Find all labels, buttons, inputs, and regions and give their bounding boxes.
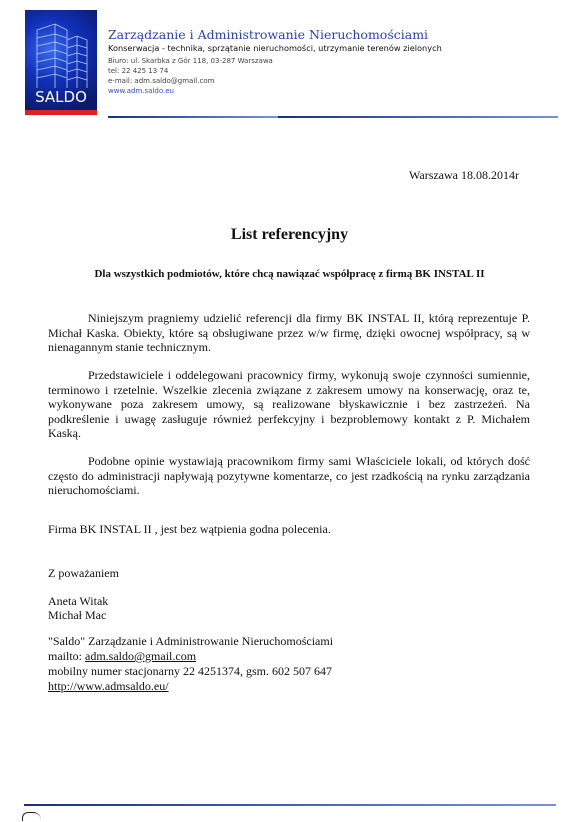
letter-date: Warszawa 18.08.2014r (409, 168, 519, 183)
letter-subtitle: Dla wszystkich podmiotów, które chcą naw… (0, 268, 579, 280)
signatory-2: Michał Mac (48, 608, 106, 623)
office-email: e-mail: adm.saldo@gmail.com (108, 77, 214, 85)
logo-text: SALDO (25, 88, 97, 106)
paragraph-1: Niniejszym pragniemy udzielić referencji… (48, 311, 530, 355)
header-divider-right (278, 116, 558, 118)
scan-mark (22, 812, 41, 821)
footer-company: "Saldo" Zarządzanie i Administrowanie Ni… (48, 634, 333, 649)
letter-title: List referencyjny (0, 226, 579, 244)
paragraph-3: Podobne opinie wystawiają pracownikom fi… (48, 454, 530, 498)
company-tagline: Konserwacja - technika, sprzątanie nieru… (108, 43, 442, 53)
office-website[interactable]: www.adm.saldo.eu (108, 87, 174, 95)
footer-divider (24, 804, 556, 806)
signatory-1: Aneta Witak (48, 594, 108, 609)
footer-phones: mobilny numer stacjonarny 22 4251374, gs… (48, 664, 332, 679)
header-divider-left (108, 116, 278, 118)
logo-red-bar (25, 110, 97, 115)
company-name: Zarządzanie i Administrowanie Nieruchomo… (108, 27, 428, 42)
footer-mailto: mailto: adm.saldo@gmail.com (48, 649, 196, 664)
office-address: Biuro: ul. Skarbka z Gór 118, 03-287 War… (108, 57, 273, 65)
website-link[interactable]: http://www.admsaldo.eu/ (48, 679, 169, 694)
office-phone: tel: 22 425 13 74 (108, 67, 168, 75)
recommendation: Firma BK INSTAL II , jest bez wątpienia … (48, 522, 331, 537)
email-link[interactable]: adm.saldo@gmail.com (85, 649, 196, 663)
mailto-label: mailto: (48, 649, 85, 663)
saldo-logo: SALDO (25, 10, 97, 110)
closing: Z poważaniem (48, 566, 119, 581)
paragraph-2: Przedstawiciele i oddelegowani pracownic… (48, 368, 530, 441)
